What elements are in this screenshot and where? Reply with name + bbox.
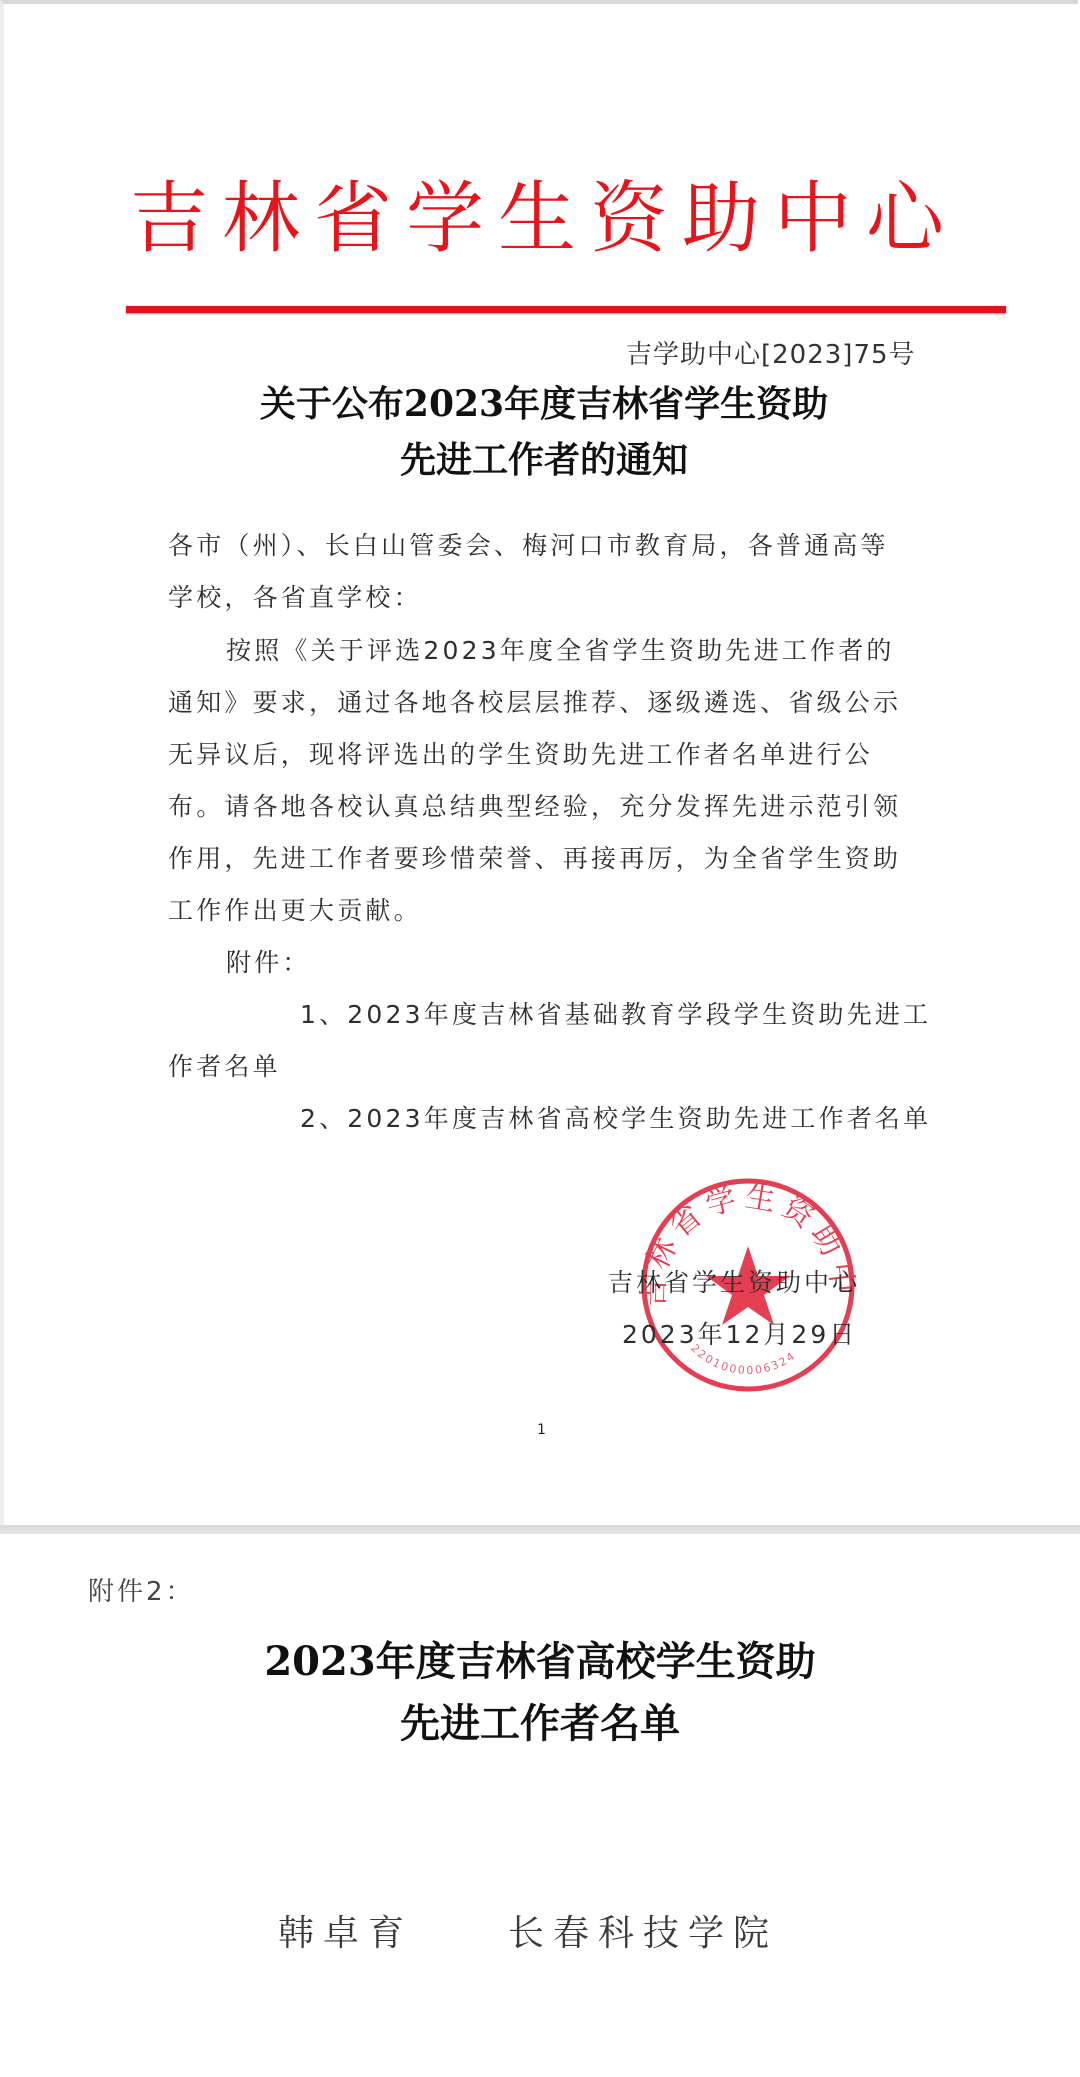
attachment-item-1-line-2[interactable]: 作者名单 <box>168 1050 281 1084</box>
attachment-item-1-line-1[interactable]: 1、2023年度吉林省基础教育学段学生资助先进工 <box>300 998 931 1032</box>
document-title-line-1: 关于公布2023年度吉林省学生资助 <box>4 378 1080 430</box>
signature-org: 吉林省学生资助中心 <box>608 1266 860 1300</box>
paragraph-line-4: 布。请各地各校认真总结典型经验，充分发挥先进示范引领 <box>168 790 901 824</box>
org-letterhead: 吉林省学生资助中心 <box>4 169 1080 269</box>
addressee-line-1: 各市（州）、长白山管委会、梅河口市教育局，各普通高等 <box>168 529 889 563</box>
paragraph-line-1: 按照《关于评选2023年度全省学生资助先进工作者的 <box>226 634 895 668</box>
paragraph-line-3: 无异议后，现将评选出的学生资助先进工作者名单进行公 <box>168 738 873 772</box>
page-number: 1 <box>537 1422 546 1438</box>
document-number: 吉学助中心[2023]75号 <box>626 338 916 372</box>
page-separator <box>0 1525 1080 1534</box>
document-page-2 <box>0 1534 1080 2077</box>
attachments-label: 附件： <box>226 946 311 980</box>
attachment-item-2[interactable]: 2、2023年度吉林省高校学生资助先进工作者名单 <box>300 1102 931 1136</box>
paragraph-line-6: 工作作出更大贡献。 <box>168 894 422 928</box>
signature-date: 2023年12月29日 <box>622 1318 857 1352</box>
letterhead-red-rule <box>126 306 1006 314</box>
awardee-institution: 长春科技学院 <box>508 1910 778 1958</box>
awardee-name: 韩卓育 <box>278 1910 413 1958</box>
addressee-line-2: 学校，各省直学校： <box>168 581 422 615</box>
list-title-line-1: 2023年度吉林省高校学生资助 <box>0 1634 1080 1690</box>
attachment-2-label: 附件2： <box>88 1575 195 1609</box>
paragraph-line-2: 通知》要求，通过各地各校层层推荐、逐级遴选、省级公示 <box>168 686 901 720</box>
document-page-1: 吉林省学生资助中心 吉学助中心[2023]75号 关于公布2023年度吉林省学生… <box>0 0 1078 1525</box>
list-title-line-2: 先进工作者名单 <box>0 1696 1080 1752</box>
paragraph-line-5: 作用，先进工作者要珍惜荣誉、再接再厉，为全省学生资助 <box>168 842 901 876</box>
document-title-line-2: 先进工作者的通知 <box>4 434 1080 486</box>
